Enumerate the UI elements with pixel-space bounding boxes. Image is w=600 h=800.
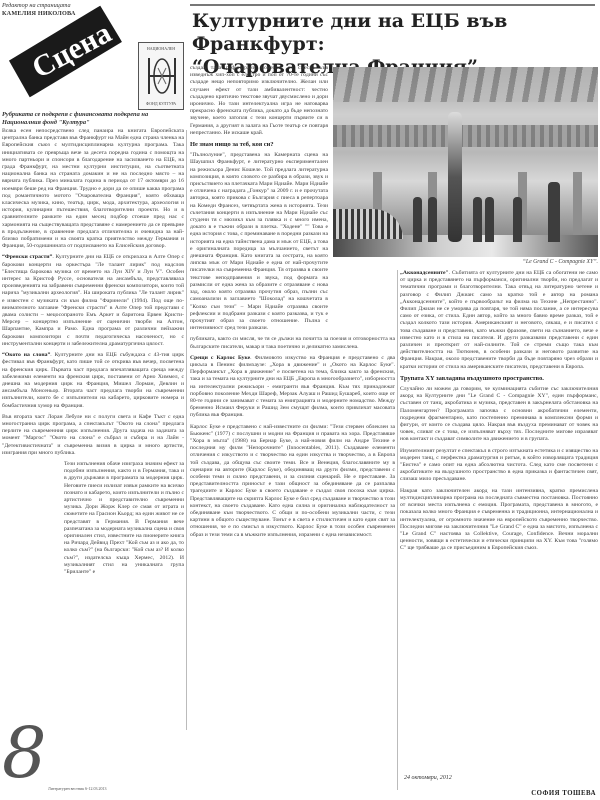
section-subheading: Не знам нищо за теб, коя си?: [190, 141, 328, 148]
article-date: 24 октомври, 2012: [404, 775, 452, 781]
headline-line-1: Културните дни на ЕЦБ във Франкфурт:: [192, 10, 600, 56]
section-lead: „Акконадсенните": [400, 270, 449, 276]
page-number: 8: [2, 718, 62, 788]
section-lead: “Френски страсти”: [2, 254, 52, 260]
paragraph: Накрая като заключителен акорд на тази и…: [400, 488, 598, 553]
funding-note: Рубриката се подкрепя с финансовата подк…: [2, 111, 182, 127]
fund-emblem-icon: [146, 54, 178, 98]
paragraph: Случайно ли можем да говорим, че кулмина…: [400, 386, 598, 444]
paragraph: Във втората част Лоран Лебуле ни с полуг…: [2, 414, 184, 457]
left-column: Всяка есен непосредствено след панаира н…: [2, 128, 184, 738]
national-culture-fund-logo: НАЦИОНАЛЕН ФОНД КУЛТУРА: [138, 42, 184, 110]
logo-top-text: НАЦИОНАЛЕН: [139, 46, 183, 51]
article-author: СОФИЯ ТОШЕВА: [531, 790, 596, 797]
paragraph: създал така рафинирани моменти: то смесв…: [190, 65, 328, 137]
column-divider: [397, 270, 398, 790]
paragraph: Всяка есен непосредствено след панаира н…: [2, 128, 184, 250]
paragraph: "Пълнолуние", представена на Камерната с…: [190, 152, 328, 332]
paragraph: Тези изпълнения обаче изиграха значим еф…: [2, 461, 184, 576]
imprint-line: Литературен вестник 6-12.03.2013: [48, 786, 106, 791]
top-rule: [190, 4, 595, 6]
paragraph: публиката, както си мисля, че тя се дълж…: [190, 336, 395, 350]
paragraph: Карлос Буке е представено с най-известни…: [190, 424, 395, 539]
paragraph: “Окото на слона”. Културните дни на ЕЦБ …: [2, 352, 184, 410]
section-subheading: Трупата XY завладява въздушното простран…: [400, 375, 598, 382]
photo-caption: “Le Grand C - Compagnie XY”.: [440, 259, 598, 265]
right-column: „Акконадсенните". Събитията от културнит…: [400, 270, 598, 748]
paragraph: „Акконадсенните". Събитията от културнит…: [400, 270, 598, 371]
column-divider: [186, 130, 187, 730]
section-lead: Срещи с Карлос Буке: [190, 355, 250, 361]
middle-column: създал така рафинирани моменти: то смесв…: [190, 65, 395, 795]
editor-role: Редактор на страницата: [2, 2, 122, 10]
paragraph: Изумителният резултат е спектакъл в стро…: [400, 448, 598, 484]
logo-bottom-text: ФОНД КУЛТУРА: [139, 101, 183, 106]
paragraph: “Френски страсти”. Културните дни на ЕЦБ…: [2, 254, 184, 348]
paragraph: Срещи с Карлос Буке. Филмовото изкуство …: [190, 355, 395, 420]
section-lead: “Окото на слона”: [2, 352, 50, 358]
